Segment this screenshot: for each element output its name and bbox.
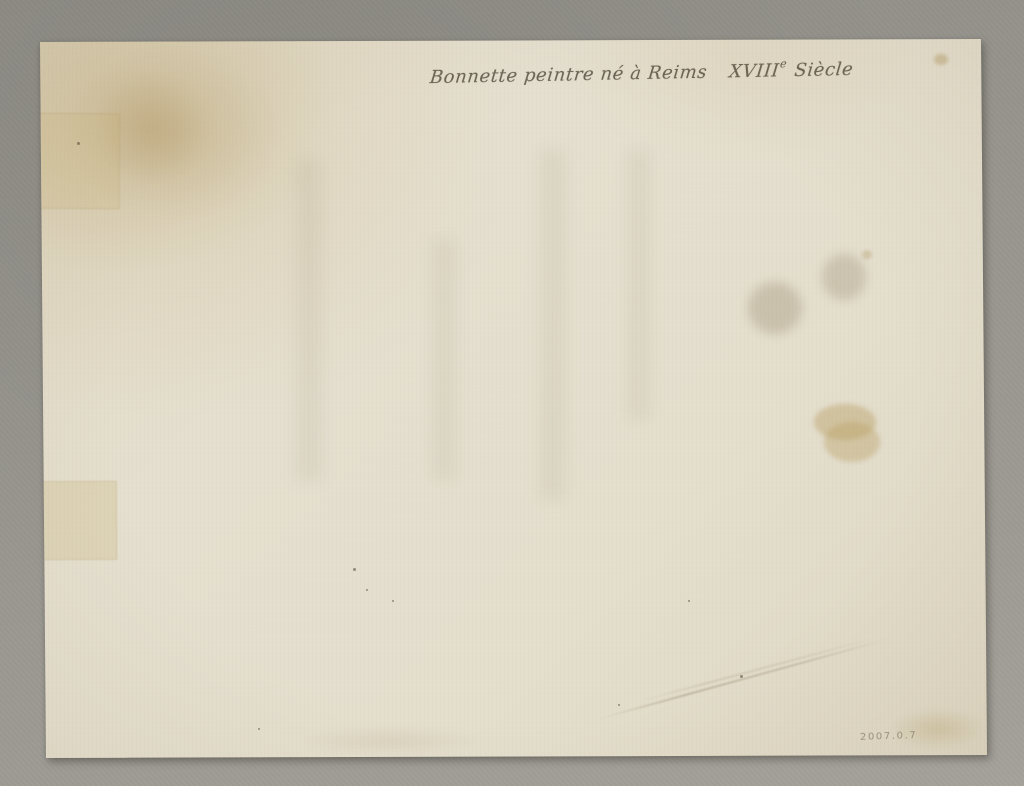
speck: [258, 728, 260, 730]
accession-number: 2007.0.7: [860, 730, 918, 743]
stain-small-tan: [934, 54, 948, 65]
stain-fuzzy-spot: [822, 254, 866, 300]
inscription-superscript: e: [779, 57, 787, 70]
hinge-residue-bottom: [42, 481, 117, 560]
handwritten-inscription: Bonnette peintre né à ReimsXVIIIeSiècle: [429, 56, 855, 88]
paper-sheet-verso: Bonnette peintre né à ReimsXVIIIeSiècle …: [0, 0, 1024, 786]
show-through-strip: [432, 240, 456, 480]
stain-bottom-right-smudge: [892, 710, 984, 748]
paper-shadow: Bonnette peintre né à ReimsXVIIIeSiècle …: [0, 0, 1024, 786]
crease-line: [598, 638, 888, 720]
stain-small-tan: [862, 250, 872, 259]
speck: [688, 600, 690, 602]
speck: [618, 704, 620, 706]
inscription-part2: Siècle: [793, 59, 854, 81]
stain-bottom-edge: [300, 728, 480, 754]
stain-right-middle-blob: [824, 422, 880, 462]
speck: [353, 568, 356, 571]
crease-line: [640, 638, 872, 702]
inscription-part1: Bonnette peintre né à Reims: [429, 62, 708, 88]
speck: [77, 142, 80, 145]
show-through-strip: [296, 160, 322, 480]
inscription-roman-numeral: XVIII: [728, 60, 780, 82]
stain-fuzzy-spot: [748, 282, 802, 334]
stain-top-left-dark: [96, 74, 206, 184]
speck: [392, 600, 394, 602]
speck: [366, 589, 368, 591]
show-through-strip: [540, 150, 566, 500]
photo-background: Bonnette peintre né à ReimsXVIIIeSiècle …: [0, 0, 1024, 786]
show-through-strip: [628, 150, 650, 420]
